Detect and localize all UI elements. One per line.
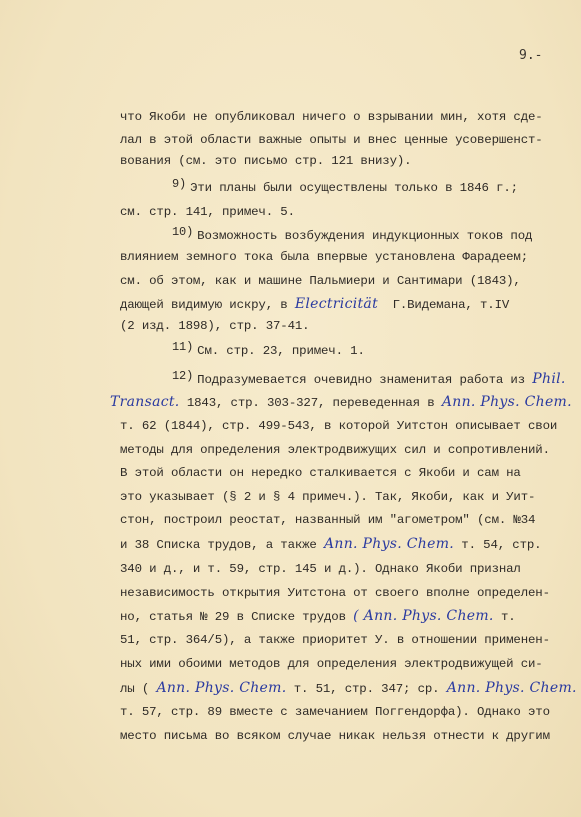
typed-text: 340 и д., и т. 59, стр. 145 и д.). Однак…: [120, 562, 521, 576]
text-line: место письма во всяком случае никак нель…: [120, 728, 550, 744]
text-line: лы ( Ann. Phys. Chem. т. 51, стр. 347; с…: [120, 680, 577, 697]
typed-text: лал в этой области важные опыты и внес ц…: [120, 133, 543, 147]
text-line: дающей видимую искру, в Electricität Г.В…: [120, 296, 509, 313]
text-line: методы для определения электродвижущих с…: [120, 442, 550, 458]
typed-text: ных ими обоими методов для определения э…: [120, 657, 543, 671]
footnote-number: 11): [172, 340, 193, 354]
typed-text: т. 62 (1844), стр. 499-543, в которой Уи…: [120, 419, 557, 433]
handwritten-annotation: ( Ann. Phys. Chem.: [353, 608, 494, 624]
handwritten-annotation: Ann. Phys. Chem.: [324, 536, 454, 552]
typed-text: см. об этом, как и машине Пальмиери и Са…: [120, 274, 521, 288]
handwritten-annotation: Ann. Phys. Chem.: [447, 680, 577, 696]
typed-text: что Якоби не опубликовал ничего о взрыва…: [120, 110, 543, 124]
text-line: но, статья № 29 в Списке трудов ( Ann. P…: [120, 608, 516, 625]
text-line: см. стр. 141, примеч. 5.: [120, 204, 295, 220]
typed-text: но, статья № 29 в Списке трудов: [120, 610, 353, 624]
handwritten-annotation: Electricität: [295, 296, 378, 312]
text-line: 340 и д., и т. 59, стр. 145 и д.). Однак…: [120, 561, 521, 577]
document-page: 9.- что Якоби не опубликовал ничего о вз…: [0, 0, 581, 817]
text-line: В этой области он нередко сталкивается с…: [120, 465, 521, 481]
handwritten-annotation: Phil.: [532, 371, 565, 387]
text-line: что Якоби не опубликовал ничего о взрыва…: [120, 109, 543, 125]
footnote-line: 12)Подразумевается очевидно знаменитая р…: [172, 371, 566, 388]
text-line: независимость открытия Уитстона от своег…: [120, 585, 550, 601]
typed-text: независимость открытия Уитстона от своег…: [120, 586, 550, 600]
typed-text: (2 изд. 1898), стр. 37-41.: [120, 319, 309, 333]
text-line: стон, построил реостат, названный им "аг…: [120, 512, 535, 528]
text-line: 51, стр. 364/5), а также приоритет У. в …: [120, 632, 550, 648]
typed-text: Г.Видемана, т.IV: [378, 298, 509, 312]
typed-text: т. 51, стр. 347; ср.: [286, 682, 446, 696]
footnote-number: 10): [172, 225, 193, 239]
text-line: влиянием земного тока была впервые устан…: [120, 249, 528, 265]
footnote-number: 12): [172, 369, 193, 383]
typed-text: см. стр. 141, примеч. 5.: [120, 205, 295, 219]
typed-text: дающей видимую искру, в: [120, 298, 295, 312]
text-line: т. 57, стр. 89 вместе с замечанием Погге…: [120, 704, 550, 720]
typed-text: т. 57, стр. 89 вместе с замечанием Погге…: [120, 705, 550, 719]
text-line: и 38 Списка трудов, а также Ann. Phys. C…: [120, 536, 541, 553]
text-line: т. 62 (1844), стр. 499-543, в которой Уи…: [120, 418, 557, 434]
typed-text: и 38 Списка трудов, а также: [120, 538, 324, 552]
typed-text: вования (см. это письмо стр. 121 внизу).: [120, 154, 411, 168]
text-line: это указывает (§ 2 и § 4 примеч.). Так, …: [120, 489, 535, 505]
text-line: см. об этом, как и машине Пальмиери и Са…: [120, 273, 521, 289]
footnote-line: 9)Эти планы были осуществлены только в 1…: [172, 180, 518, 196]
typed-text: Подразумевается очевидно знаменитая рабо…: [197, 373, 532, 387]
typed-text: 51, стр. 364/5), а также приоритет У. в …: [120, 633, 550, 647]
typed-text: Возможность возбуждения индукционных ток…: [197, 229, 532, 243]
text-line: ных ими обоими методов для определения э…: [120, 656, 543, 672]
page-number: 9.-: [519, 48, 542, 63]
text-line: вования (см. это письмо стр. 121 внизу).: [120, 153, 411, 169]
typed-text: влиянием земного тока была впервые устан…: [120, 250, 528, 264]
typed-text: т.: [494, 610, 516, 624]
footnote-line: 11)См. стр. 23, примеч. 1.: [172, 343, 365, 359]
typed-text: это указывает (§ 2 и § 4 примеч.). Так, …: [120, 490, 535, 504]
text-line: Transact. 1843, стр. 303-327, переведенн…: [110, 394, 572, 411]
typed-text: место письма во всяком случае никак нель…: [120, 729, 550, 743]
handwritten-annotation: Ann. Phys. Chem.: [156, 680, 286, 696]
typed-text: методы для определения электродвижущих с…: [120, 443, 550, 457]
handwritten-annotation: Transact.: [110, 394, 180, 410]
typed-text: стон, построил реостат, названный им "аг…: [120, 513, 535, 527]
typed-text: Эти планы были осуществлены только в 184…: [190, 181, 518, 195]
typed-text: См. стр. 23, примеч. 1.: [197, 344, 365, 358]
typed-text: 1843, стр. 303-327, переведенная в: [180, 396, 442, 410]
handwritten-annotation: Ann. Phys. Chem.: [442, 394, 572, 410]
typed-text: т. 54, стр.: [454, 538, 541, 552]
typed-text: лы (: [120, 682, 156, 696]
footnote-number: 9): [172, 177, 186, 191]
text-line: лал в этой области важные опыты и внес ц…: [120, 132, 543, 148]
footnote-line: 10)Возможность возбуждения индукционных …: [172, 228, 532, 244]
text-line: (2 изд. 1898), стр. 37-41.: [120, 318, 309, 334]
typed-text: В этой области он нередко сталкивается с…: [120, 466, 521, 480]
